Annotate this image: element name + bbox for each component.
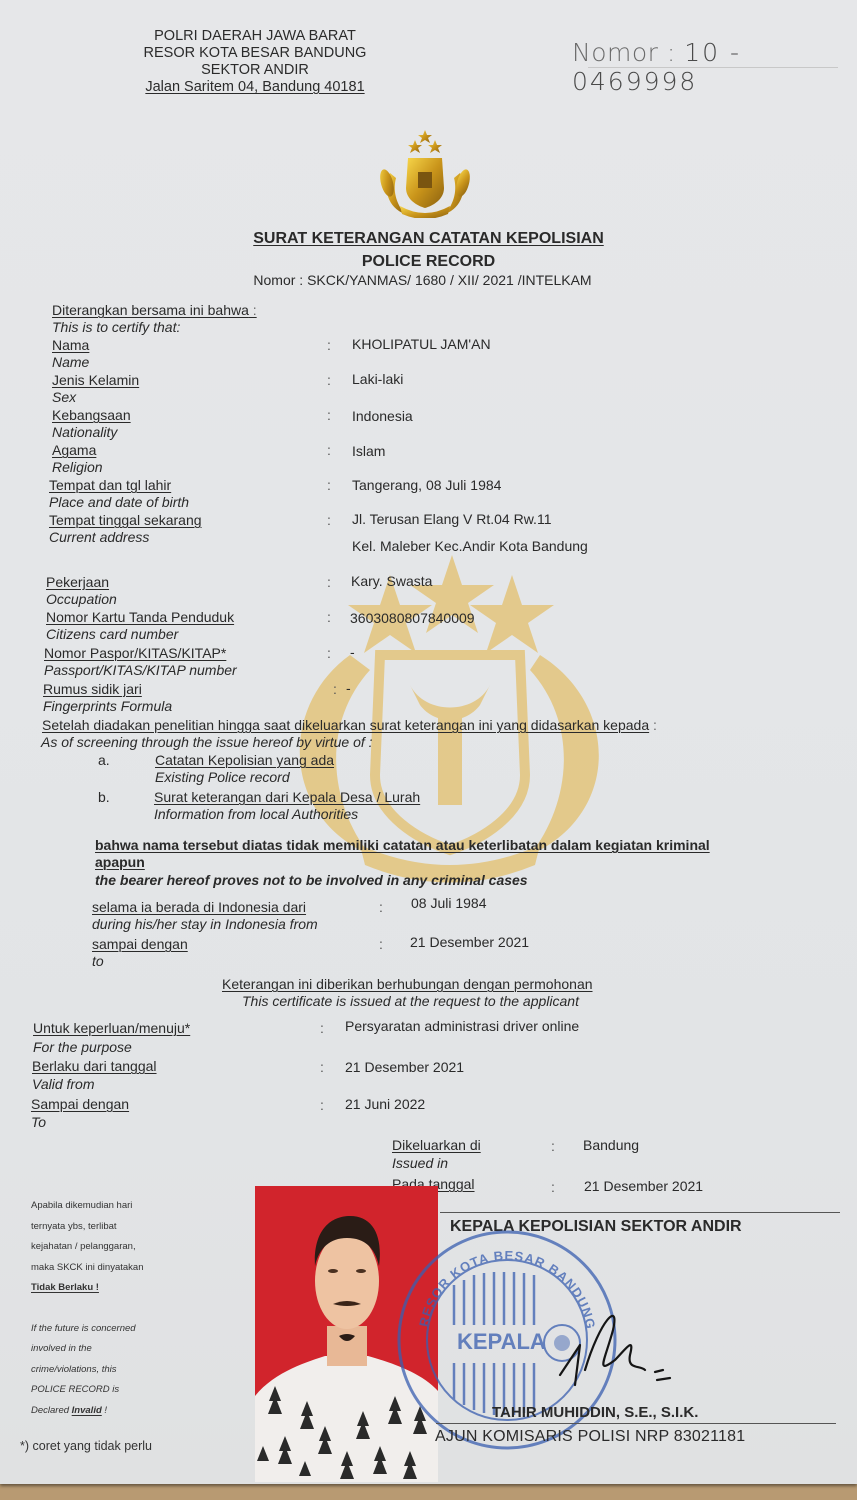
notice-line: ternyata ybs, terlibat: [31, 1217, 143, 1238]
field-value: Islam: [352, 443, 385, 459]
colon: :: [320, 1020, 324, 1036]
colon: :: [327, 609, 331, 625]
validity-label-id: Sampai dengan: [31, 1096, 129, 1113]
notice-line-en: involved in the: [31, 1339, 143, 1360]
item-label-en: Existing Police record: [155, 769, 290, 786]
colon: :: [379, 899, 383, 915]
field-label-id: Nomor Paspor/KITAS/KITAP*: [44, 645, 226, 662]
stay-label-id: sampai dengan: [92, 936, 188, 953]
field-value: 3603080807840009: [350, 610, 475, 626]
field-value: Jl. Terusan Elang V Rt.04 Rw.11: [352, 511, 551, 527]
notice-line-en: POLICE RECORD is: [31, 1380, 143, 1401]
document-number: Nomor : SKCK/YANMAS/ 1680 / XII/ 2021 /I…: [0, 272, 851, 288]
field-value-line-2: Kel. Maleber Kec.Andir Kota Bandung: [352, 538, 588, 554]
validity-value: 21 Desember 2021: [345, 1059, 464, 1075]
office-line-3: SEKTOR ANDIR: [120, 62, 390, 79]
invalidity-notice: Apabila dikemudian hari ternyata ybs, te…: [31, 1196, 143, 1421]
request-label-id: Keterangan ini diberikan berhubungan den…: [222, 976, 593, 993]
statement-id-cont: apapun: [95, 854, 145, 871]
issue-value: 21 Desember 2021: [584, 1178, 703, 1194]
field-label-id: Tempat tinggal sekarang: [49, 512, 202, 529]
field-label-id: Pekerjaan: [46, 574, 109, 591]
signature-top-rule: [440, 1212, 840, 1213]
field-label-en: Place and date of birth: [49, 494, 189, 511]
signatory-rank: AJUN KOMISARIS POLISI NRP 83021181: [435, 1428, 745, 1446]
item-label-id: Surat keterangan dari Kepala Desa / Lura…: [154, 789, 420, 806]
notice-line: Apabila dikemudian hari: [31, 1196, 143, 1217]
stamp-arc-text: RESOR KOTA BESAR BANDUNG: [416, 1248, 598, 1331]
stamp-center-text: KEPALA: [457, 1329, 546, 1354]
validity-value: 21 Juni 2022: [345, 1096, 425, 1112]
colon: :: [327, 645, 331, 661]
field-value: Laki-laki: [352, 371, 403, 387]
serial-underline: [588, 67, 838, 68]
field-value: KHOLIPATUL JAM'AN: [352, 336, 491, 352]
colon: :: [379, 936, 383, 952]
police-record-document: POLRI DAERAH JAWA BARAT RESOR KOTA BESAR…: [0, 0, 857, 1484]
stay-label-en: to: [92, 953, 104, 970]
stay-label-en: during his/her stay in Indonesia from: [92, 916, 318, 933]
screening-label-id: Setelah diadakan penelitian hingga saat …: [42, 717, 657, 734]
field-label-en: Passport/KITAS/KITAP number: [44, 662, 237, 679]
serial-label: Nomor :: [572, 38, 684, 67]
validity-label-en: To: [31, 1114, 46, 1131]
colon: :: [327, 372, 331, 388]
office-address: Jalan Saritem 04, Bandung 40181: [120, 79, 390, 96]
statement-en: the bearer hereof proves not to be invol…: [95, 872, 528, 889]
validity-value: Persyaratan administrasi driver online: [345, 1018, 579, 1034]
colon: :: [551, 1179, 555, 1195]
signatory-name: TAHIR MUHIDDIN, S.E., S.I.K.: [492, 1404, 698, 1421]
stay-label-id: selama ia berada di Indonesia dari: [92, 899, 306, 916]
office-line-1: POLRI DAERAH JAWA BARAT: [120, 28, 390, 45]
validity-label-id: Berlaku dari tanggal: [32, 1058, 157, 1075]
notice-line-en: If the future is concerned: [31, 1319, 143, 1340]
screening-label-en: As of screening through the issue hereof…: [41, 734, 373, 751]
field-value: -: [350, 644, 355, 660]
statement-id: bahwa nama tersebut diatas tidak memilik…: [95, 837, 710, 854]
applicant-photo: [255, 1186, 438, 1482]
stay-value: 08 Juli 1984: [411, 895, 487, 911]
office-line-2: RESOR KOTA BESAR BANDUNG: [120, 45, 390, 62]
field-label-id: Nama: [52, 337, 89, 354]
item-label-en: Information from local Authorities: [154, 806, 358, 823]
field-value: Tangerang, 08 Juli 1984: [352, 477, 501, 493]
issuing-office: POLRI DAERAH JAWA BARAT RESOR KOTA BESAR…: [120, 28, 390, 96]
notice-line-en: crime/violations, this: [31, 1360, 143, 1381]
field-label-id: Tempat dan tgl lahir: [49, 477, 171, 494]
signing-office: KEPALA KEPOLISIAN SEKTOR ANDIR: [450, 1218, 742, 1236]
field-label-en: Sex: [52, 389, 76, 406]
colon: :: [320, 1097, 324, 1113]
police-emblem-icon: [370, 128, 480, 218]
colon: :: [327, 407, 331, 423]
colon: :: [551, 1138, 555, 1154]
issue-value: Bandung: [583, 1137, 639, 1153]
intro-label-en: This is to certify that:: [52, 319, 180, 336]
field-label-id: Agama: [52, 442, 96, 459]
intro-label-id: Diterangkan bersama ini bahwa :: [52, 302, 257, 319]
field-label-en: Name: [52, 354, 89, 371]
item-marker: b.: [98, 789, 110, 806]
field-label-en: Fingerprints Formula: [43, 698, 172, 715]
field-value: Indonesia: [352, 408, 413, 424]
footnote: *) coret yang tidak perlu: [20, 1439, 152, 1453]
item-marker: a.: [98, 752, 110, 769]
notice-emphasis: Tidak Berlaku !: [31, 1278, 143, 1299]
issue-label-id: Dikeluarkan di: [392, 1137, 481, 1154]
colon: :: [327, 512, 331, 528]
signature-name-rule: [436, 1423, 836, 1424]
field-label-id: Jenis Kelamin: [52, 372, 139, 389]
field-label-en: Occupation: [46, 591, 117, 608]
notice-emphasis-en: Declared Invalid !: [31, 1401, 143, 1422]
colon: :: [333, 681, 337, 697]
colon: :: [327, 337, 331, 353]
field-label-en: Current address: [49, 529, 149, 546]
colon: :: [320, 1059, 324, 1075]
colon: :: [327, 442, 331, 458]
field-label-id: Rumus sidik jari: [43, 681, 142, 698]
stay-value: 21 Desember 2021: [410, 934, 529, 950]
request-label-en: This certificate is issued at the reques…: [242, 993, 579, 1010]
field-label-en: Nationality: [52, 424, 117, 441]
field-label-en: Citizens card number: [46, 626, 178, 643]
item-label-id: Catatan Kepolisian yang ada: [155, 752, 334, 769]
signature-icon: [545, 1300, 685, 1400]
validity-label-en: For the purpose: [33, 1039, 132, 1056]
notice-line: kejahatan / pelanggaran,: [31, 1237, 143, 1258]
colon: :: [327, 477, 331, 493]
validity-label-id: Untuk keperluan/menuju*: [33, 1020, 190, 1037]
document-subtitle: POLICE RECORD: [0, 253, 857, 271]
field-label-id: Kebangsaan: [52, 407, 131, 424]
svg-text:RESOR KOTA BESAR BANDUNG: RESOR KOTA BESAR BANDUNG: [416, 1248, 598, 1331]
document-title: SURAT KETERANGAN CATATAN KEPOLISIAN: [0, 230, 857, 248]
field-label-id: Nomor Kartu Tanda Penduduk: [46, 609, 234, 626]
notice-line: maka SKCK ini dinyatakan: [31, 1258, 143, 1279]
field-value: -: [346, 680, 351, 696]
issue-label-en: Issued in: [392, 1155, 448, 1172]
validity-label-en: Valid from: [32, 1076, 95, 1093]
field-value: Kary. Swasta: [351, 573, 432, 589]
field-label-en: Religion: [52, 459, 103, 476]
colon: :: [327, 574, 331, 590]
